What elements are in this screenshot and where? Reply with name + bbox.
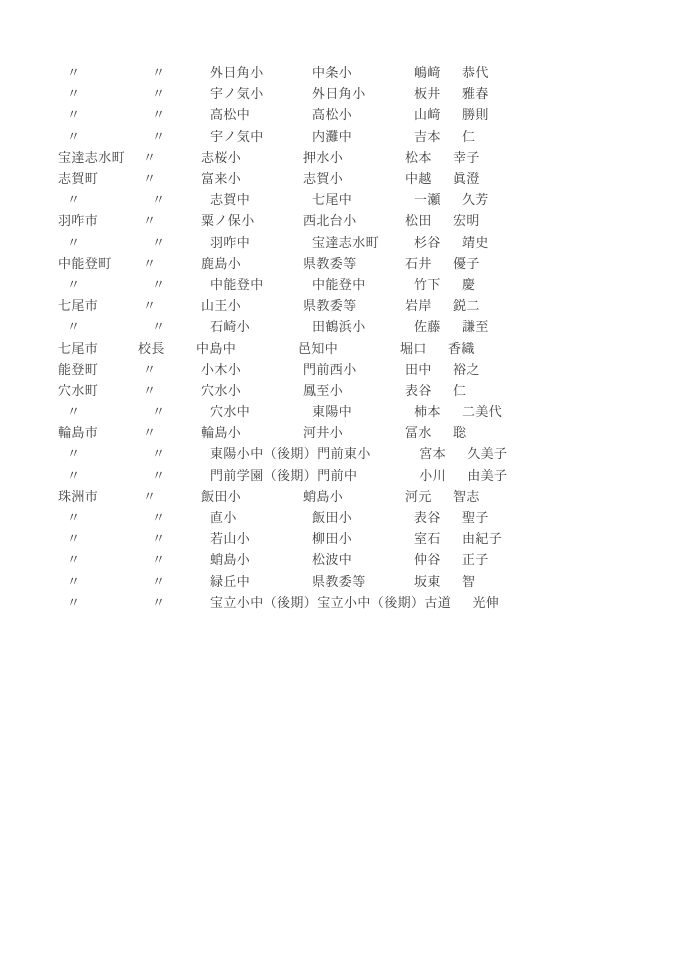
family-name-cell: 松田 <box>405 210 453 229</box>
given-name-cell: 仁 <box>462 126 475 145</box>
old-school-cell: 門前東小 <box>317 443 419 462</box>
role-cell: 〃 <box>138 253 201 272</box>
role-cell: 〃 <box>138 295 201 314</box>
role-cell: 〃 <box>147 232 210 251</box>
given-name-cell: 慶 <box>462 274 475 293</box>
municipality-cell: 珠洲市 <box>58 486 138 505</box>
municipality-cell: 〃 <box>58 126 147 145</box>
role-cell: 〃 <box>147 189 210 208</box>
old-school-cell: 田鶴浜小 <box>312 316 414 335</box>
given-name-cell: 仁 <box>453 380 466 399</box>
new-school-cell: 中島中 <box>196 338 298 357</box>
given-name-cell: 光伸 <box>472 592 499 611</box>
new-school-cell: 高松中 <box>210 104 312 123</box>
new-school-cell: 鹿島小 <box>201 253 303 272</box>
role-cell: 〃 <box>147 104 210 123</box>
new-school-cell: 羽咋中 <box>210 232 312 251</box>
new-school-cell: 山王小 <box>201 295 303 314</box>
family-name-cell: 冨水 <box>405 422 453 441</box>
old-school-cell: 松波中 <box>312 549 414 568</box>
table-row: 〃 〃 東陽小中（後期） 門前東小 宮本 久美子 <box>58 442 507 463</box>
municipality-cell: 〃 <box>58 443 147 462</box>
role-cell: 〃 <box>138 168 201 187</box>
new-school-cell: 若山小 <box>210 528 312 547</box>
old-school-cell: 飯田小 <box>312 507 414 526</box>
family-name-cell: 田中 <box>405 359 453 378</box>
old-school-cell: 柳田小 <box>312 528 414 547</box>
family-name-cell: 宮本 <box>419 443 467 462</box>
old-school-cell: 宝立小中（後期） <box>317 592 424 611</box>
given-name-cell: 裕之 <box>453 359 480 378</box>
old-school-cell: 門前西小 <box>303 359 405 378</box>
role-cell: 〃 <box>138 380 201 399</box>
role-cell: 〃 <box>138 486 201 505</box>
new-school-cell: 宝立小中（後期） <box>210 592 317 611</box>
table-row: 〃 〃 石崎小 田鶴浜小 佐藤 謙至 <box>58 315 507 336</box>
role-cell: 〃 <box>147 549 210 568</box>
table-row: 〃 〃 高松中 高松小 山﨑 勝則 <box>58 103 507 124</box>
new-school-cell: 石崎小 <box>210 316 312 335</box>
new-school-cell: 穴水小 <box>201 380 303 399</box>
role-cell: 〃 <box>138 359 201 378</box>
municipality-cell: 〃 <box>58 465 147 484</box>
role-cell: 〃 <box>138 422 201 441</box>
given-name-cell: 智志 <box>453 486 480 505</box>
old-school-cell: 県教委等 <box>303 253 405 272</box>
family-name-cell: 竹下 <box>414 274 462 293</box>
document-page: 〃 〃 外日角小 中条小 嶋﨑 恭代 〃 〃 宇ノ気小 外日角小 板井 雅春 〃… <box>0 0 680 961</box>
municipality-cell: 〃 <box>58 528 147 547</box>
family-name-cell: 板井 <box>414 83 462 102</box>
family-name-cell: 室石 <box>414 528 462 547</box>
given-name-cell: 靖史 <box>462 232 489 251</box>
family-name-cell: 岩岸 <box>405 295 453 314</box>
new-school-cell: 宇ノ気中 <box>210 126 312 145</box>
old-school-cell: 東陽中 <box>312 401 414 420</box>
family-name-cell: 小川 <box>419 465 467 484</box>
given-name-cell: 鋭二 <box>453 295 480 314</box>
given-name-cell: 聡 <box>453 422 466 441</box>
municipality-cell: 〃 <box>58 316 147 335</box>
table-row: 能登町 〃 小木小 門前西小 田中 裕之 <box>58 358 507 379</box>
municipality-cell: 七尾市 <box>58 338 138 357</box>
table-row: 七尾市 〃 山王小 県教委等 岩岸 鋭二 <box>58 294 507 315</box>
new-school-cell: 外日角小 <box>210 62 312 81</box>
given-name-cell: 謙至 <box>462 316 489 335</box>
family-name-cell: 表谷 <box>405 380 453 399</box>
family-name-cell: 古道 <box>424 592 472 611</box>
role-cell: 〃 <box>147 83 210 102</box>
table-row: 〃 〃 宝立小中（後期） 宝立小中（後期） 古道 光伸 <box>58 591 507 612</box>
old-school-cell: 七尾中 <box>312 189 414 208</box>
municipality-cell: 〃 <box>58 274 147 293</box>
table-row: 〃 〃 外日角小 中条小 嶋﨑 恭代 <box>58 61 507 82</box>
role-cell: 〃 <box>147 316 210 335</box>
municipality-cell: 〃 <box>58 592 147 611</box>
family-name-cell: 吉本 <box>414 126 462 145</box>
municipality-cell: 〃 <box>58 83 147 102</box>
municipality-cell: 〃 <box>58 507 147 526</box>
table-row: 〃 〃 宇ノ気中 内灘中 吉本 仁 <box>58 125 507 146</box>
new-school-cell: 飯田小 <box>201 486 303 505</box>
role-cell: 〃 <box>147 62 210 81</box>
new-school-cell: 富来小 <box>201 168 303 187</box>
family-name-cell: 石井 <box>405 253 453 272</box>
family-name-cell: 杉谷 <box>414 232 462 251</box>
given-name-cell: 恭代 <box>462 62 489 81</box>
family-name-cell: 山﨑 <box>414 104 462 123</box>
family-name-cell: 佐藤 <box>414 316 462 335</box>
table-row: 〃 〃 若山小 柳田小 室石 由紀子 <box>58 527 507 548</box>
table-row: 〃 〃 直小 飯田小 表谷 聖子 <box>58 506 507 527</box>
municipality-cell: 羽咋市 <box>58 210 138 229</box>
given-name-cell: 二美代 <box>462 401 502 420</box>
new-school-cell: 志桜小 <box>201 147 303 166</box>
table-row: 輪島市 〃 輪島小 河井小 冨水 聡 <box>58 421 507 442</box>
municipality-cell: 〃 <box>58 189 147 208</box>
municipality-cell: 志賀町 <box>58 168 138 187</box>
old-school-cell: 高松小 <box>312 104 414 123</box>
table-row: 中能登町 〃 鹿島小 県教委等 石井 優子 <box>58 252 507 273</box>
municipality-cell: 〃 <box>58 104 147 123</box>
table-row: 七尾市 校長 中島中 邑知中 堀口 香織 <box>58 336 507 357</box>
municipality-cell: 〃 <box>58 401 147 420</box>
given-name-cell: 正子 <box>462 549 489 568</box>
old-school-cell: 宝達志水町 <box>312 232 414 251</box>
table-row: 〃 〃 緑丘中 県教委等 坂東 智 <box>58 570 507 591</box>
given-name-cell: 香織 <box>448 338 475 357</box>
table-row: 〃 〃 蛸島小 松波中 仲谷 正子 <box>58 548 507 569</box>
old-school-cell: 志賀小 <box>303 168 405 187</box>
municipality-cell: 中能登町 <box>58 253 138 272</box>
municipality-cell: 〃 <box>58 232 147 251</box>
municipality-cell: 輪島市 <box>58 422 138 441</box>
role-cell: 〃 <box>147 507 210 526</box>
role-cell: 〃 <box>147 401 210 420</box>
transfer-table: 〃 〃 外日角小 中条小 嶋﨑 恭代 〃 〃 宇ノ気小 外日角小 板井 雅春 〃… <box>58 61 507 612</box>
role-cell: 〃 <box>147 528 210 547</box>
new-school-cell: 蛸島小 <box>210 549 312 568</box>
family-name-cell: 中越 <box>405 168 453 187</box>
family-name-cell: 河元 <box>405 486 453 505</box>
family-name-cell: 柿本 <box>414 401 462 420</box>
family-name-cell: 仲谷 <box>414 549 462 568</box>
new-school-cell: 穴水中 <box>210 401 312 420</box>
new-school-cell: 小木小 <box>201 359 303 378</box>
table-row: 〃 〃 中能登中 中能登中 竹下 慶 <box>58 273 507 294</box>
old-school-cell: 河井小 <box>303 422 405 441</box>
new-school-cell: 輪島小 <box>201 422 303 441</box>
new-school-cell: 宇ノ気小 <box>210 83 312 102</box>
table-row: 志賀町 〃 富来小 志賀小 中越 眞澄 <box>58 167 507 188</box>
table-row: 羽咋市 〃 粟ノ保小 西北台小 松田 宏明 <box>58 209 507 230</box>
family-name-cell: 堀口 <box>400 338 448 357</box>
old-school-cell: 門前中 <box>317 465 419 484</box>
new-school-cell: 東陽小中（後期） <box>210 443 317 462</box>
role-cell: 校長 <box>138 338 196 357</box>
old-school-cell: 中能登中 <box>312 274 414 293</box>
table-row: 穴水町 〃 穴水小 鳳至小 表谷 仁 <box>58 379 507 400</box>
new-school-cell: 門前学園（後期） <box>210 465 317 484</box>
old-school-cell: 鳳至小 <box>303 380 405 399</box>
given-name-cell: 聖子 <box>462 507 489 526</box>
old-school-cell: 県教委等 <box>303 295 405 314</box>
role-cell: 〃 <box>147 443 210 462</box>
family-name-cell: 坂東 <box>414 571 462 590</box>
given-name-cell: 由美子 <box>467 465 507 484</box>
given-name-cell: 久芳 <box>462 189 489 208</box>
new-school-cell: 志賀中 <box>210 189 312 208</box>
given-name-cell: 勝則 <box>462 104 489 123</box>
new-school-cell: 緑丘中 <box>210 571 312 590</box>
family-name-cell: 表谷 <box>414 507 462 526</box>
municipality-cell: 〃 <box>58 571 147 590</box>
old-school-cell: 内灘中 <box>312 126 414 145</box>
given-name-cell: 幸子 <box>453 147 480 166</box>
table-row: 宝達志水町 〃 志桜小 押水小 松本 幸子 <box>58 146 507 167</box>
new-school-cell: 粟ノ保小 <box>201 210 303 229</box>
old-school-cell: 中条小 <box>312 62 414 81</box>
old-school-cell: 西北台小 <box>303 210 405 229</box>
role-cell: 〃 <box>147 592 210 611</box>
municipality-cell: 宝達志水町 <box>58 147 138 166</box>
municipality-cell: 〃 <box>58 549 147 568</box>
table-row: 〃 〃 羽咋中 宝達志水町 杉谷 靖史 <box>58 231 507 252</box>
municipality-cell: 能登町 <box>58 359 138 378</box>
role-cell: 〃 <box>147 465 210 484</box>
new-school-cell: 直小 <box>210 507 312 526</box>
role-cell: 〃 <box>138 147 201 166</box>
given-name-cell: 宏明 <box>453 210 480 229</box>
old-school-cell: 県教委等 <box>312 571 414 590</box>
table-row: 〃 〃 門前学園（後期） 門前中 小川 由美子 <box>58 464 507 485</box>
municipality-cell: 〃 <box>58 62 147 81</box>
family-name-cell: 嶋﨑 <box>414 62 462 81</box>
role-cell: 〃 <box>147 571 210 590</box>
old-school-cell: 外日角小 <box>312 83 414 102</box>
role-cell: 〃 <box>147 126 210 145</box>
old-school-cell: 押水小 <box>303 147 405 166</box>
table-row: 〃 〃 宇ノ気小 外日角小 板井 雅春 <box>58 82 507 103</box>
given-name-cell: 久美子 <box>467 443 507 462</box>
given-name-cell: 優子 <box>453 253 480 272</box>
role-cell: 〃 <box>138 210 201 229</box>
municipality-cell: 穴水町 <box>58 380 138 399</box>
old-school-cell: 蛸島小 <box>303 486 405 505</box>
new-school-cell: 中能登中 <box>210 274 312 293</box>
given-name-cell: 由紀子 <box>462 528 502 547</box>
old-school-cell: 邑知中 <box>298 338 400 357</box>
family-name-cell: 松本 <box>405 147 453 166</box>
table-row: 〃 〃 志賀中 七尾中 一瀬 久芳 <box>58 188 507 209</box>
table-row: 珠洲市 〃 飯田小 蛸島小 河元 智志 <box>58 485 507 506</box>
role-cell: 〃 <box>147 274 210 293</box>
family-name-cell: 一瀬 <box>414 189 462 208</box>
given-name-cell: 雅春 <box>462 83 489 102</box>
table-row: 〃 〃 穴水中 東陽中 柿本 二美代 <box>58 400 507 421</box>
given-name-cell: 眞澄 <box>453 168 480 187</box>
given-name-cell: 智 <box>462 571 475 590</box>
municipality-cell: 七尾市 <box>58 295 138 314</box>
